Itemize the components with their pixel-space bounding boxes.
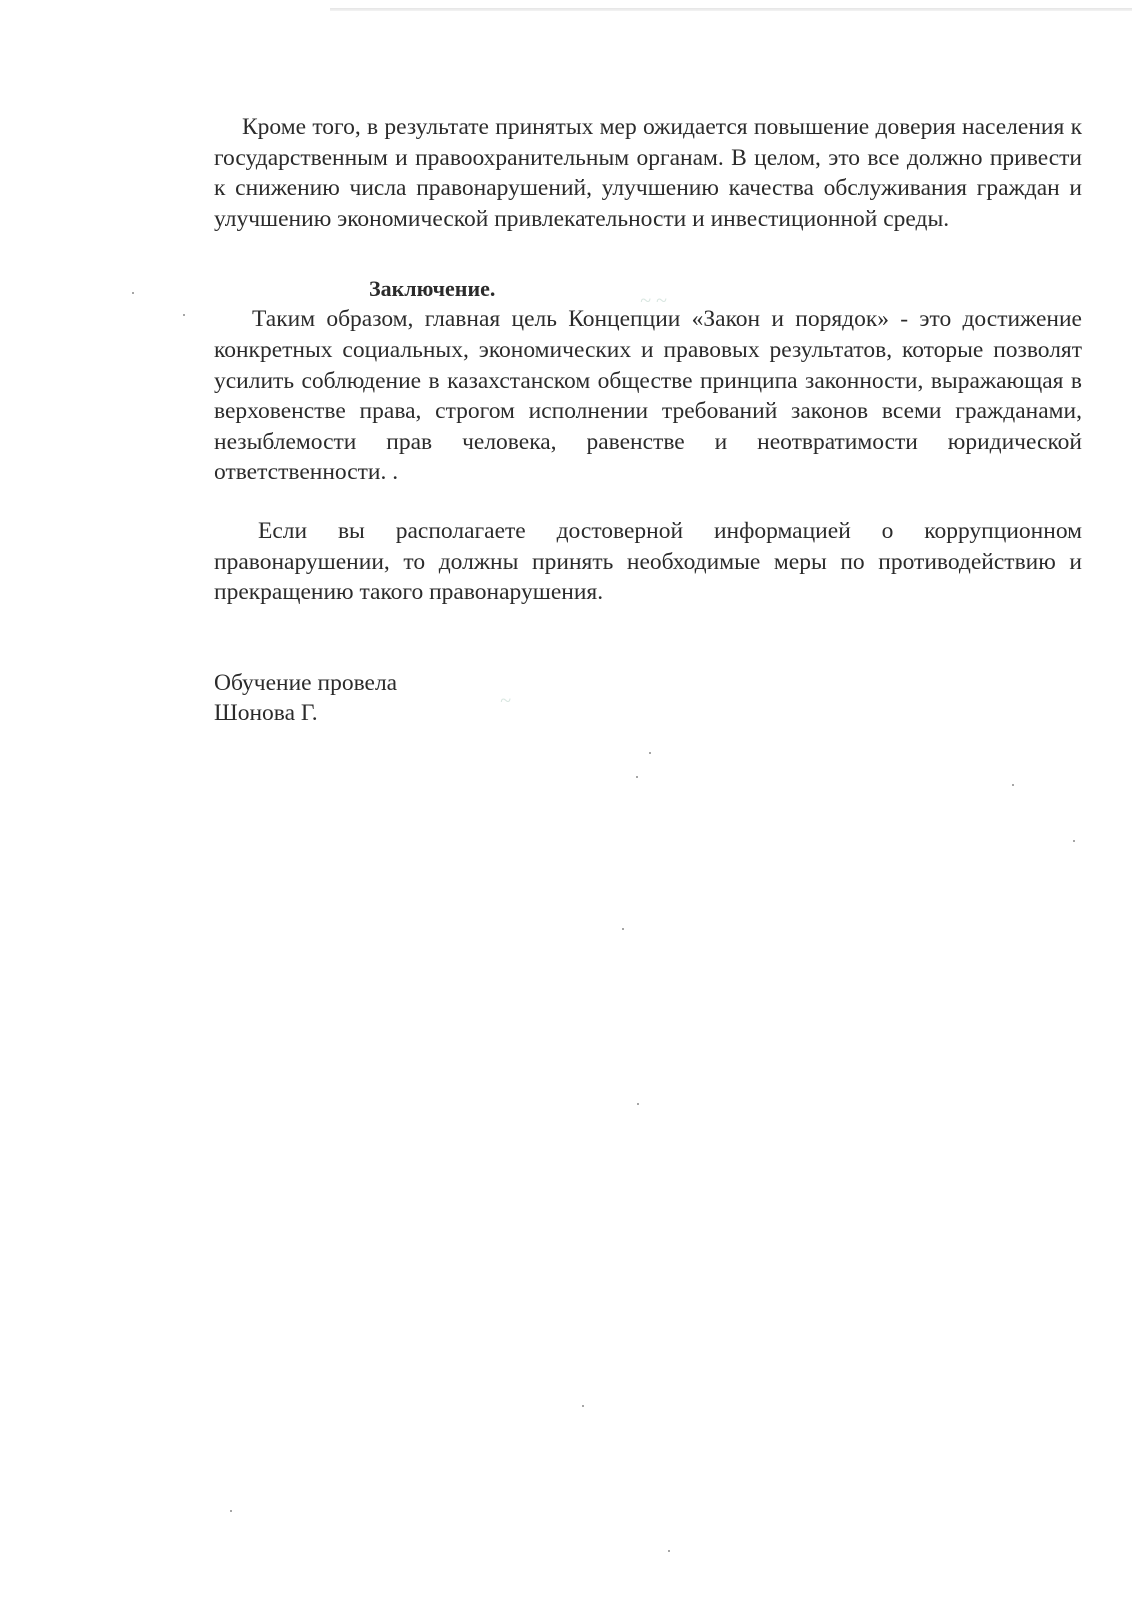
scan-speck xyxy=(132,292,134,294)
scan-speck xyxy=(622,928,624,930)
signature-name: Шонова Г. xyxy=(214,698,1082,728)
document-page: Кроме того, в результате принятых мер ож… xyxy=(214,112,1082,728)
report-notice-paragraph: Если вы располагаете достоверной информа… xyxy=(214,516,1082,608)
scan-speck xyxy=(636,776,638,778)
intro-paragraph: Кроме того, в результате принятых мер ож… xyxy=(214,112,1082,234)
scan-speck xyxy=(1012,784,1014,786)
scan-speck xyxy=(637,1103,639,1105)
scan-speck xyxy=(582,1405,584,1407)
signature-block: Обучение провела Шонова Г. xyxy=(214,668,1082,728)
conclusion-paragraph: Таким образом, главная цель Концепции «З… xyxy=(214,304,1082,488)
signature-role: Обучение провела xyxy=(214,668,1082,698)
conclusion-heading: Заключение. xyxy=(214,274,1082,304)
scan-speck xyxy=(183,314,185,316)
scan-edge-shadow xyxy=(330,8,1132,11)
scan-speck xyxy=(668,1550,670,1552)
scan-speck xyxy=(230,1510,232,1512)
scan-speck xyxy=(649,752,651,754)
scan-speck xyxy=(1073,840,1075,842)
